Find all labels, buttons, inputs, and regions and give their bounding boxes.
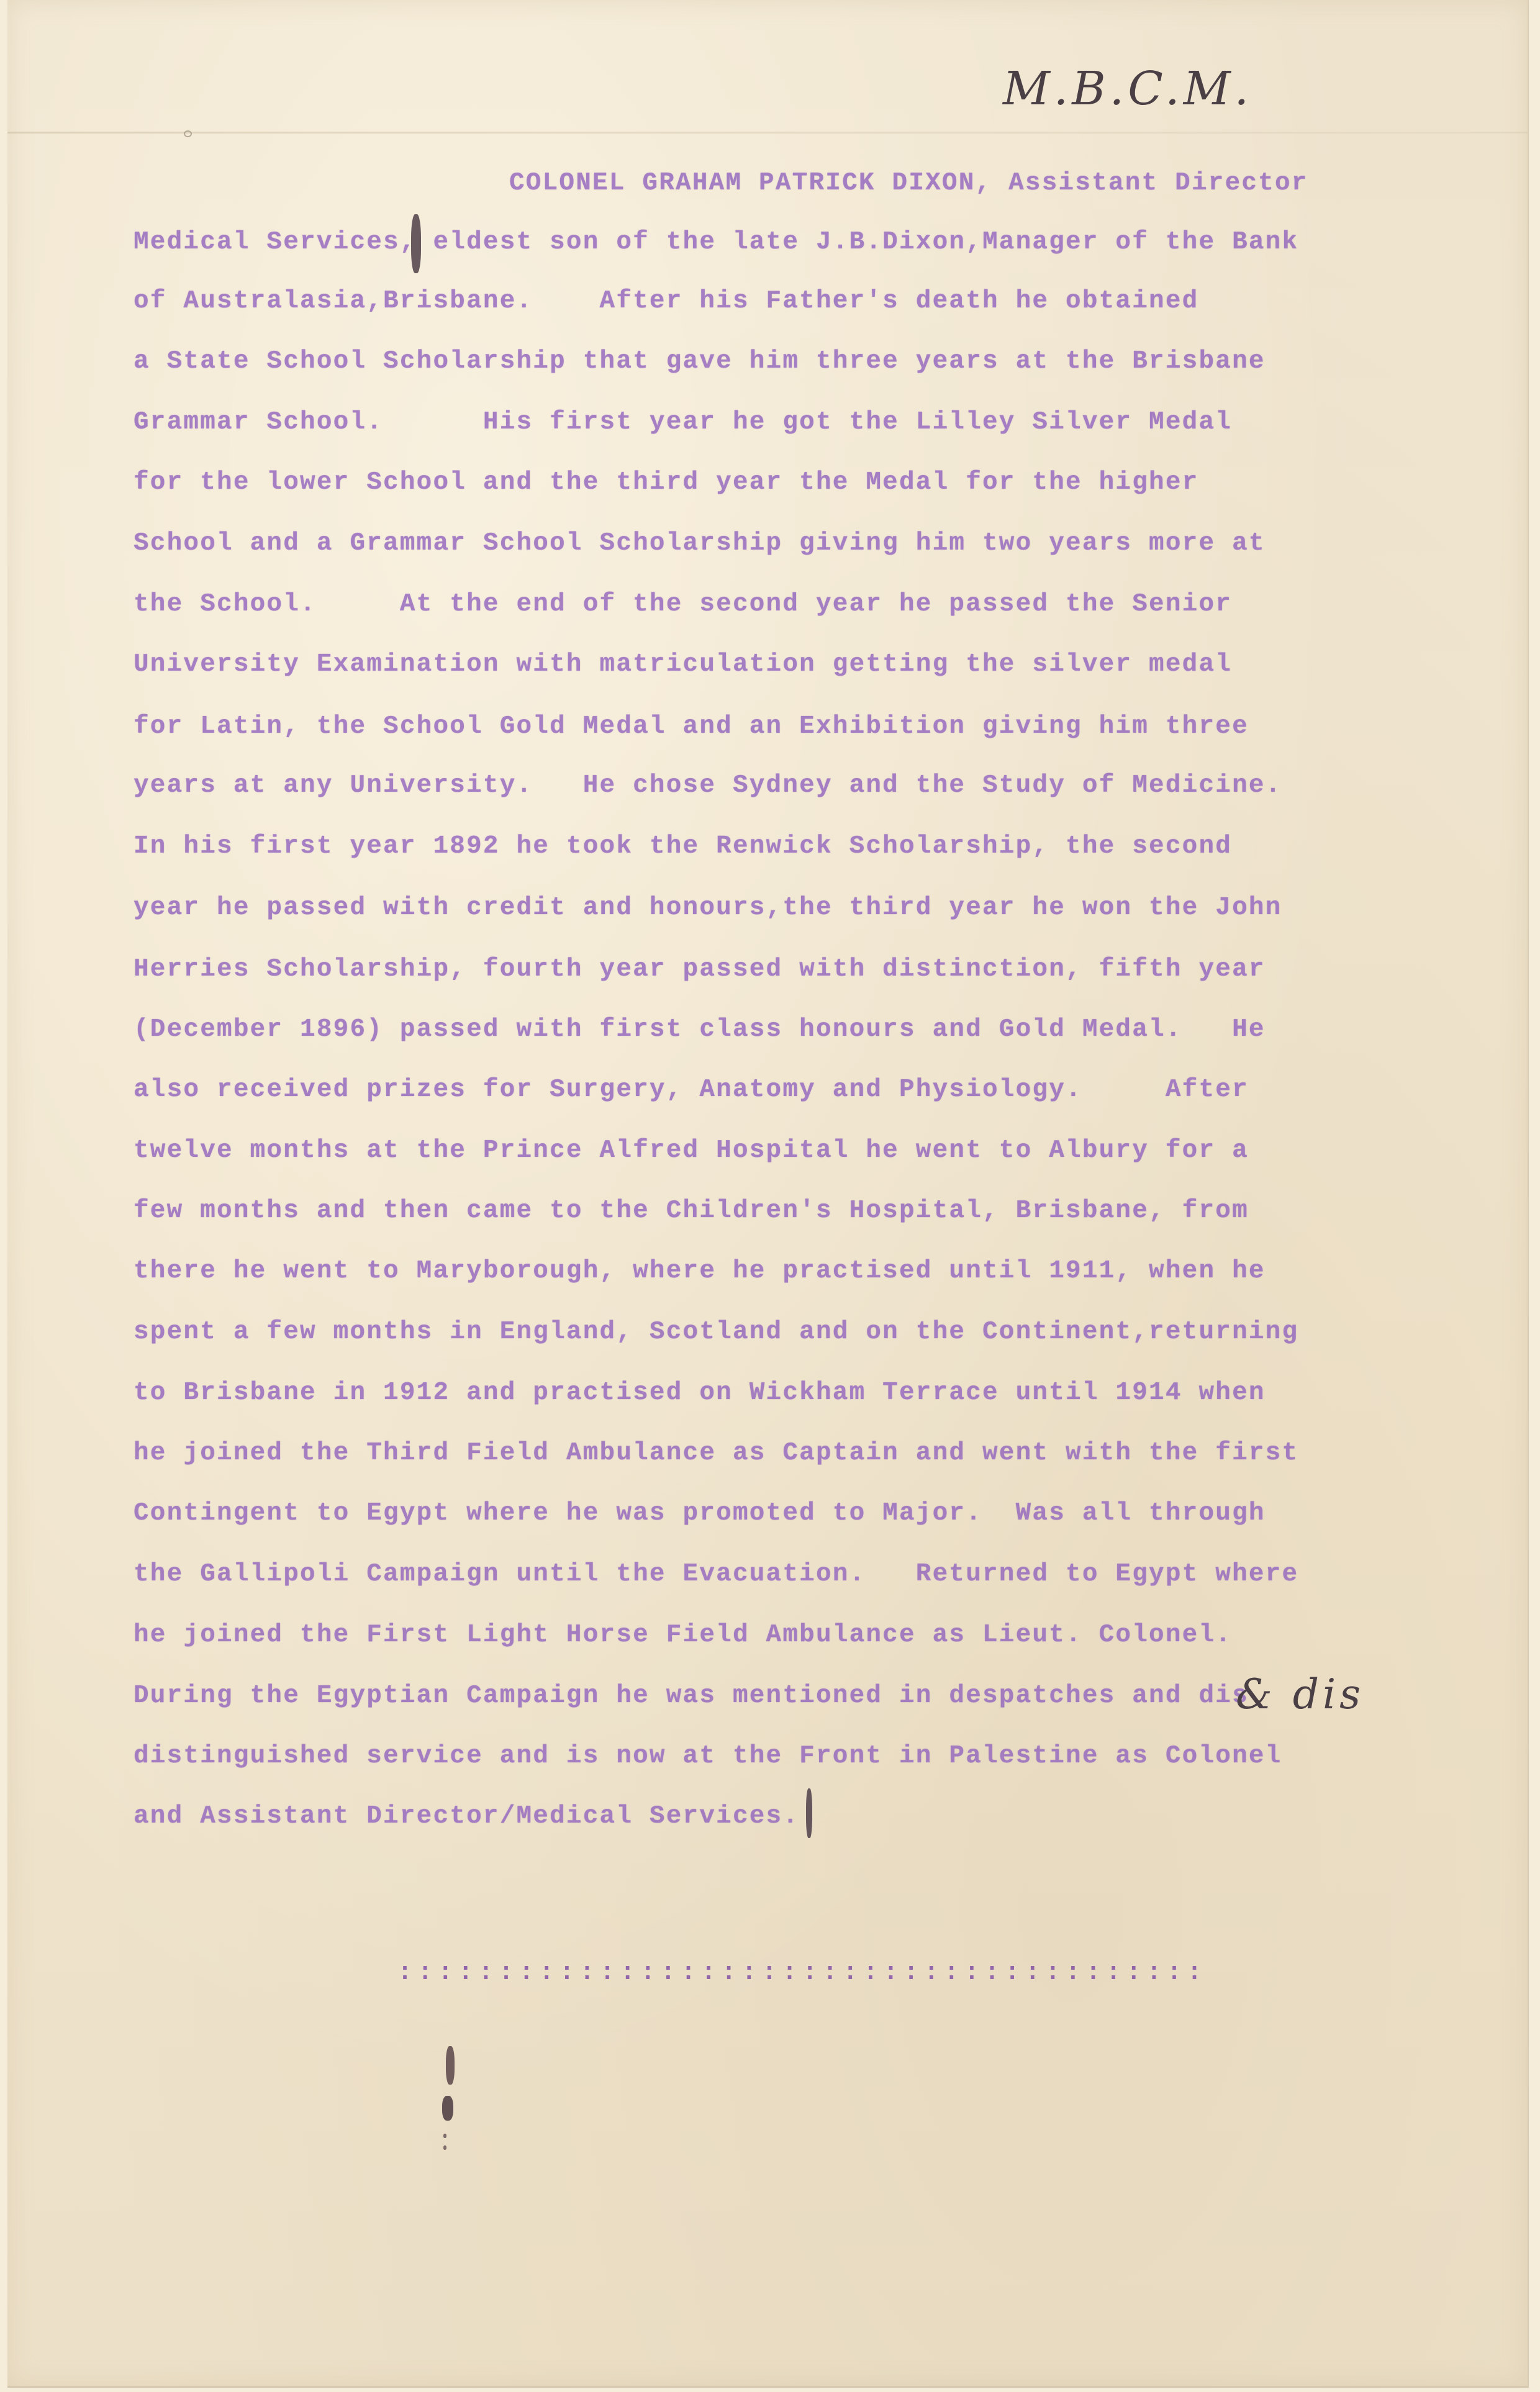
ink-blot: [442, 2096, 453, 2121]
text-line: distinguished service and is now at the …: [134, 1741, 1282, 1772]
ink-blot: [443, 2134, 446, 2138]
text-line: he joined the Third Field Ambulance as C…: [134, 1438, 1298, 1469]
paper-mark: [184, 130, 192, 137]
text-line: Contingent to Egypt where he was promote…: [134, 1498, 1266, 1529]
text-line: the Gallipoli Campaign until the Evacuat…: [134, 1559, 1298, 1590]
text-line: years at any University. He chose Sydney…: [134, 770, 1282, 801]
text-line: spent a few months in England, Scotland …: [134, 1316, 1298, 1348]
ink-correction-mark: [411, 214, 421, 273]
text-line: During the Egyptian Campaign he was ment…: [134, 1680, 1249, 1711]
text-line: for Latin, the School Gold Medal and an …: [134, 711, 1249, 742]
handwritten-correction-margin: & dis: [1236, 1670, 1364, 1718]
text-line: there he went to Maryborough, where he p…: [134, 1256, 1266, 1287]
text-line: In his first year 1892 he took the Renwi…: [134, 831, 1232, 862]
text-line: COLONEL GRAHAM PATRICK DIXON, Assistant …: [509, 168, 1308, 199]
text-line: a State School Scholarship that gave him…: [134, 346, 1266, 377]
text-line: (December 1896) passed with first class …: [134, 1014, 1266, 1045]
text-line: Medical Services, eldest son of the late…: [134, 227, 1298, 258]
text-line: the School. At the end of the second yea…: [134, 589, 1232, 620]
text-line: year he passed with credit and honours,t…: [134, 892, 1282, 923]
ink-blot: [446, 2046, 455, 2085]
text-line: Grammar School. His first year he got th…: [134, 407, 1232, 438]
text-line: he joined the First Light Horse Field Am…: [134, 1620, 1232, 1651]
ink-blot: [443, 2145, 446, 2150]
handwritten-annotation-top: M.B.C.M.: [1003, 62, 1252, 116]
text-line: few months and then came to the Children…: [134, 1195, 1249, 1226]
text-line: School and a Grammar School Scholarship …: [134, 528, 1266, 559]
text-line: also received prizes for Surgery, Anatom…: [134, 1074, 1249, 1105]
text-line: to Brisbane in 1912 and practised on Wic…: [134, 1377, 1266, 1408]
text-line: University Examination with matriculatio…: [134, 649, 1232, 680]
text-line: twelve months at the Prince Alfred Hospi…: [134, 1135, 1249, 1166]
separator-line: ::::::::::::::::::::::::::::::::::::::::: [397, 1959, 1207, 1987]
paper-fold-line: [7, 132, 1528, 134]
text-line: and Assistant Director/Medical Services.: [134, 1801, 799, 1832]
text-line: Herries Scholarship, fourth year passed …: [134, 954, 1266, 985]
text-line: of Australasia,Brisbane. After his Fathe…: [134, 286, 1198, 317]
ink-correction-mark: [806, 1788, 812, 1838]
text-line: for the lower School and the third year …: [134, 467, 1198, 498]
